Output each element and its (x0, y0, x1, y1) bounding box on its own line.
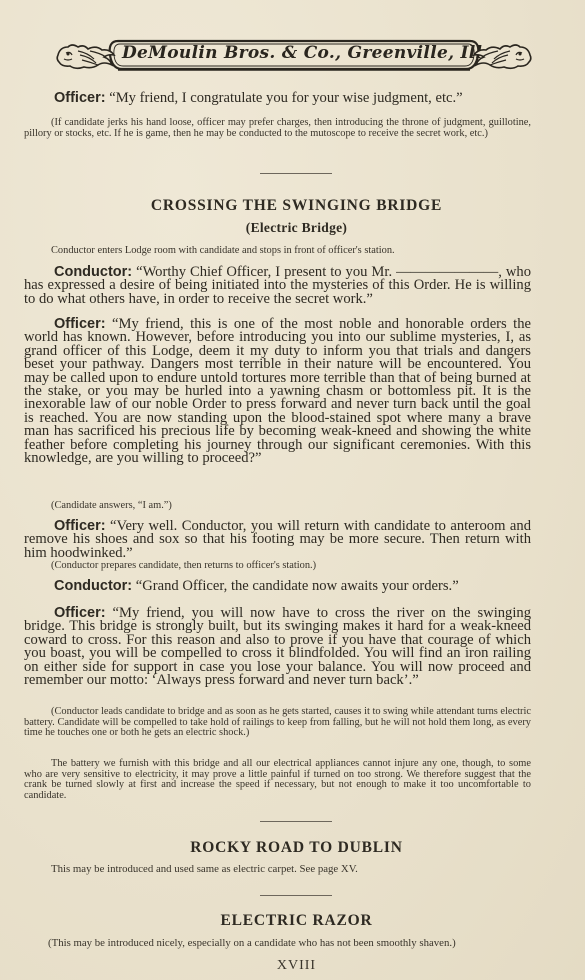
section-divider (260, 173, 332, 174)
lion-head-ornament-icon (54, 41, 116, 71)
dialogue-text: “My friend, this is one of the most nobl… (24, 316, 531, 466)
section-title-razor: ELECTRIC RAZOR (24, 912, 569, 930)
banner-title: DeMoulin Bros. & Co., Greenville, Ill. (122, 43, 462, 63)
dialogue-conductor-2: Conductor: “Grand Officer, the candidate… (24, 580, 531, 593)
speaker-label: Conductor: (54, 578, 132, 594)
dialogue-officer-3: Officer: “My friend, you will now have t… (24, 607, 531, 687)
razor-text: (This may be introduced nicely, especial… (48, 937, 456, 949)
speaker-label: Officer: (54, 90, 106, 106)
page-number: XVIII (24, 958, 569, 974)
section-title-rocky-road: ROCKY ROAD TO DUBLIN (24, 839, 569, 857)
section-divider (260, 821, 332, 822)
dialogue-text: “My friend, you will now have to cross t… (24, 605, 531, 688)
stage-direction: (Conductor prepares candidate, then retu… (51, 560, 316, 571)
section-divider (260, 895, 332, 896)
section-subtitle-bridge: (Electric Bridge) (24, 220, 569, 236)
dialogue-officer-1: Officer: “My friend, this is one of the … (24, 318, 531, 465)
dialogue-conductor-1: Conductor: “Worthy Chief Officer, I pres… (24, 266, 531, 306)
lion-head-ornament-icon (472, 41, 534, 71)
intro-note: (If candidate jerks his hand loose, offi… (24, 118, 531, 139)
stage-direction: Conductor enters Lodge room with candida… (51, 245, 395, 256)
dialogue-text: “Grand Officer, the candidate now awaits… (132, 578, 459, 594)
dialogue-officer-2: Officer: “Very well. Conductor, you will… (24, 520, 531, 560)
dialogue-text: “My friend, I congratulate you for your … (106, 90, 463, 106)
battery-note: The battery we furnish with this bridge … (24, 759, 531, 801)
intro-officer-line: Officer: “My friend, I congratulate you … (54, 92, 534, 105)
publisher-banner: DeMoulin Bros. & Co., Greenville, Ill. (52, 38, 536, 72)
rocky-road-text: This may be introduced and used same as … (51, 863, 358, 875)
bridge-note: (Conductor leads candidate to bridge and… (24, 707, 531, 739)
stage-direction: (Candidate answers, “I am.”) (51, 500, 172, 511)
section-title-bridge: CROSSING THE SWINGING BRIDGE (24, 197, 569, 215)
